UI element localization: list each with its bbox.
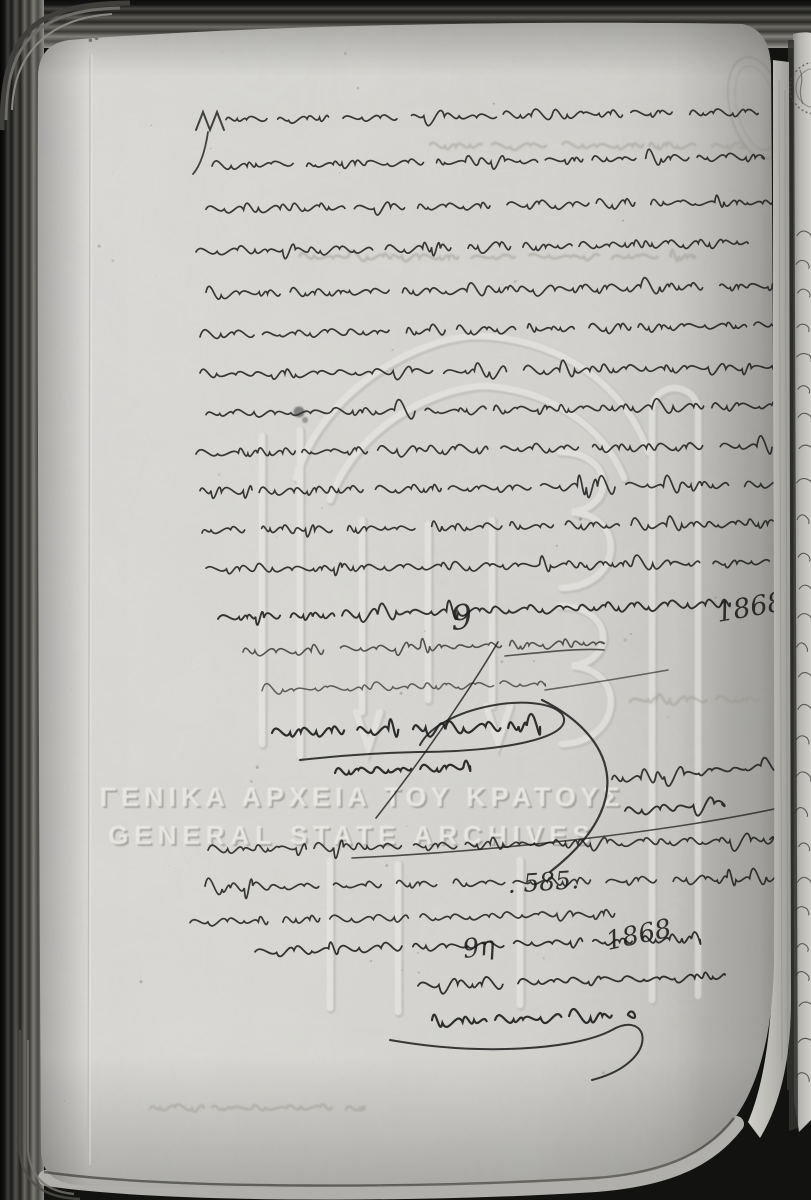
dust-dot: [579, 517, 582, 520]
dust-dot: [602, 1071, 605, 1074]
dust-dot: [276, 536, 277, 537]
dust-dot: [155, 276, 156, 277]
dust-dot: [424, 630, 426, 632]
dust-dot: [714, 596, 716, 598]
dust-dot: [712, 249, 713, 250]
dust-dot: [150, 124, 152, 126]
dust-dot: [500, 660, 503, 663]
dust-dot: [370, 960, 372, 962]
dust-dot: [514, 280, 517, 283]
dust-dot: [630, 633, 632, 635]
dust-dot: [543, 957, 545, 959]
dust-dot: [391, 349, 393, 351]
dust-dot: [64, 1100, 65, 1101]
watermark-text-greek: ΓΕΝΙΚΑ ΑΡΧΕΙΑ ΤΟΥ ΚΡΑΤΟΥΣ: [100, 782, 625, 812]
legible-token: 9η: [461, 931, 497, 965]
dust-dot: [71, 689, 72, 690]
dust-dot: [339, 172, 341, 174]
dust-dot: [417, 952, 419, 954]
dust-dot: [111, 259, 114, 262]
left-shading: [36, 15, 88, 1195]
dust-dot: [556, 544, 558, 546]
dust-dot: [169, 865, 171, 867]
dust-dot: [139, 980, 142, 983]
dust-dot: [250, 780, 253, 783]
dust-dot: [499, 682, 500, 683]
dust-dot: [321, 507, 323, 509]
dust-dot: [442, 582, 443, 583]
dust-dot: [493, 103, 495, 105]
dust-dot: [112, 173, 113, 174]
dust-dot: [406, 825, 408, 827]
edge-speck: [89, 39, 93, 43]
dust-dot: [401, 969, 403, 971]
legible-token: 9: [449, 597, 475, 639]
dust-dot: [222, 51, 223, 52]
dust-dot: [357, 87, 360, 90]
dust-dot: [385, 864, 388, 867]
dust-dot: [66, 943, 67, 944]
dust-dot: [622, 219, 624, 221]
manuscript-svg: ΓΕΝΙΚΑ ΑΡΧΕΙΑ ΤΟΥ ΚΡΑΤΟΥΣ ΓΕΝΙΚΑ ΑΡΧΕΙΑ …: [0, 0, 811, 1200]
dust-dot: [533, 660, 535, 662]
dust-dot: [668, 717, 670, 719]
dust-dot: [210, 148, 211, 149]
dust-dot: [418, 971, 420, 973]
dust-dot: [400, 692, 403, 695]
dust-dot: [624, 638, 627, 641]
dust-dot: [332, 686, 334, 688]
dust-dot: [218, 473, 221, 476]
book-left-page-edges: [0, 0, 44, 1200]
dust-dot: [271, 334, 273, 336]
legible-token: . 585.: [506, 865, 579, 899]
dust-dot: [256, 766, 259, 769]
dust-dot: [98, 245, 101, 248]
dust-dot: [485, 729, 487, 731]
archive-scan-photo: ΓΕΝΙΚΑ ΑΡΧΕΙΑ ΤΟΥ ΚΡΑΤΟΥΣ ΓΕΝΙΚΑ ΑΡΧΕΙΑ …: [0, 0, 811, 1200]
dust-dot: [344, 52, 347, 55]
dust-dot: [118, 793, 120, 795]
dust-dot: [743, 105, 745, 107]
